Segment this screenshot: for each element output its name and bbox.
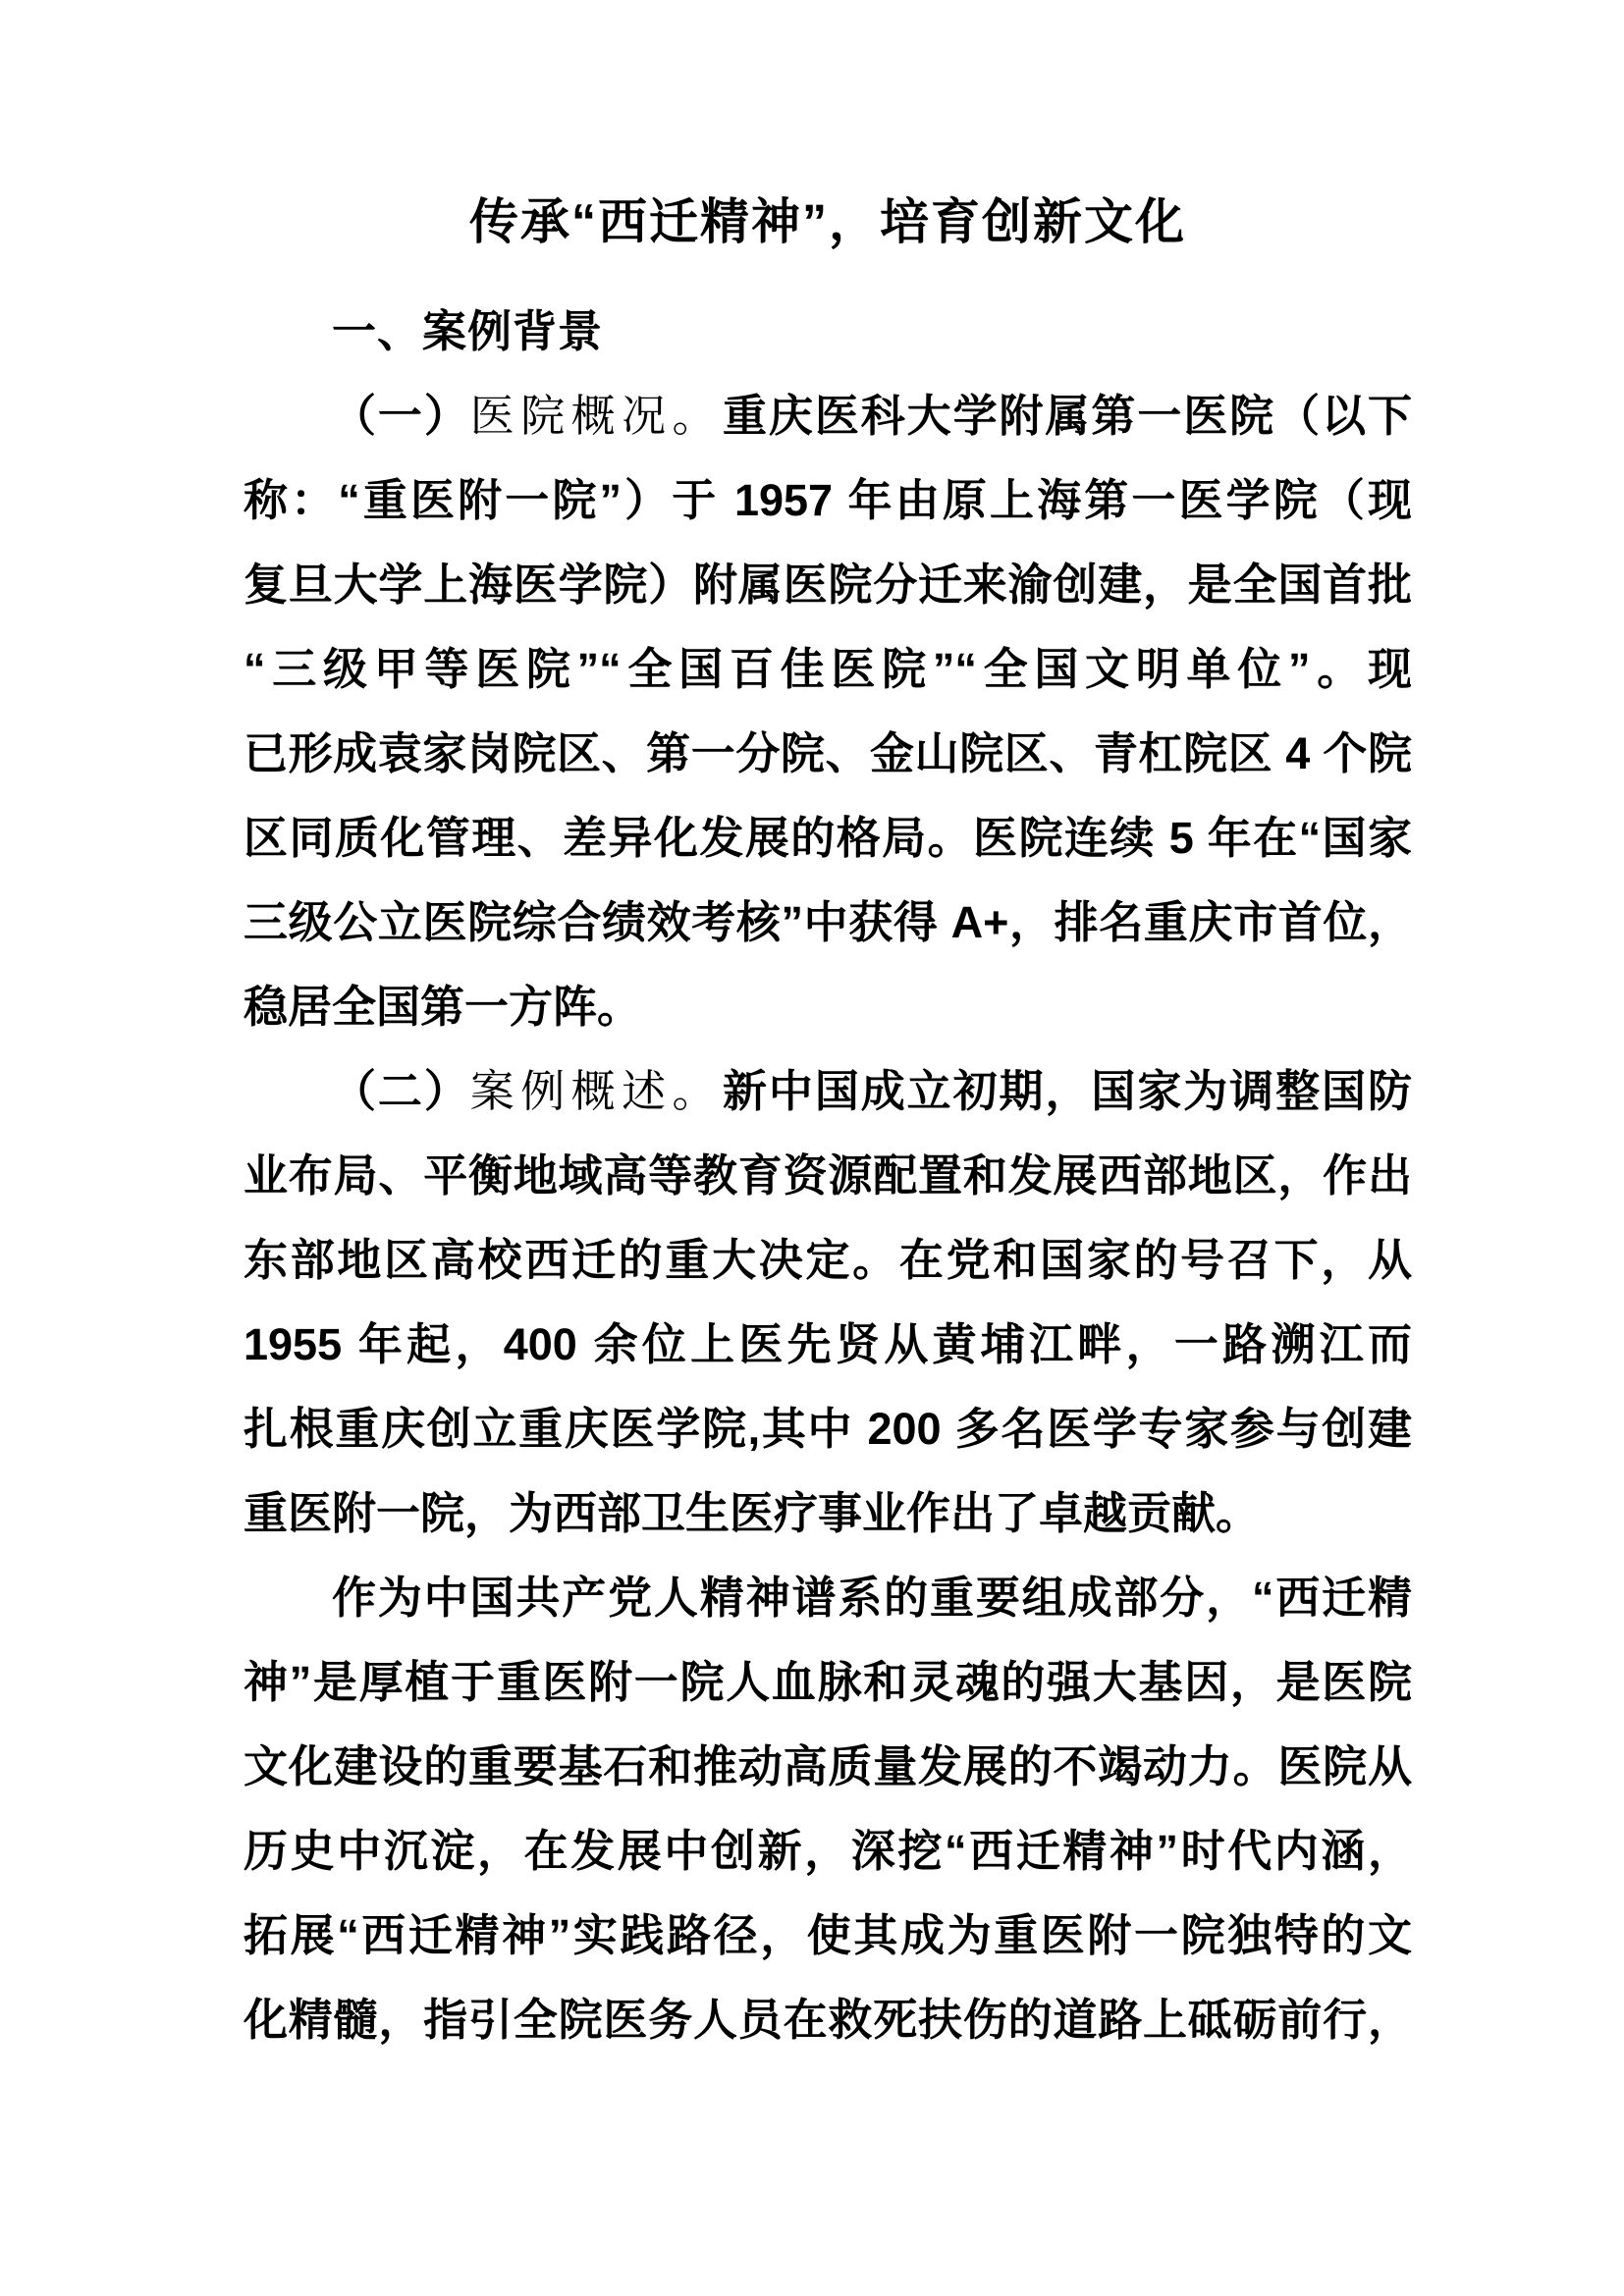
document-title: 传承“西迁精神”，培育创新文化 (244, 182, 1412, 262)
text-line: 已形成袁家岗院区、第一分院、金山院区、青杠院区 4 个院 (244, 712, 1412, 796)
text-segment: 复旦大学上海医学院）附属医院分迁来渝创建，是全国首批 (244, 560, 1412, 610)
text-line: 三级公立医院综合绩效考核”中获得 A+，排名重庆市首位， (244, 881, 1412, 965)
text-segment: 区同质化管理、差异化发展的格局。医院连续 5 年在“国家 (244, 813, 1412, 863)
text-line: “三级甲等医院”“全国百佳医院”“全国文明单位”。现 (244, 627, 1412, 712)
text-line: 1955 年起，400 余位上医先贤从黄埔江畔，一路溯江而上， (244, 1303, 1412, 1387)
text-segment: 作为中国共产党人精神谱系的重要组成部分，“西迁精 (332, 1573, 1412, 1623)
document-page: 传承“西迁精神”，培育创新文化 一、案例背景 （一）医院概况。重庆医科大学附属第… (0, 0, 1624, 2296)
text-line: 化精髓，指引全院医务人员在救死扶伤的道路上砥砺前行， (244, 1978, 1412, 2062)
text-segment: （一） (332, 391, 470, 441)
document-body: （一）医院概况。重庆医科大学附属第一医院（以下简称：“重医附一院”）于 1957… (244, 374, 1412, 2062)
text-segment: 三级公立医院综合绩效考核”中获得 A+，排名重庆市首位， (244, 897, 1412, 947)
text-line: 区同质化管理、差异化发展的格局。医院连续 5 年在“国家 (244, 796, 1412, 881)
text-line: （二）案例概述。新中国成立初期，国家为调整国防工 (244, 1049, 1412, 1134)
text-segment: 化精髓，指引全院医务人员在救死扶伤的道路上砥砺前行， (244, 1995, 1412, 2045)
text-segment: 重医附一院，为西部卫生医疗事业作出了卓越贡献。 (244, 1488, 1260, 1538)
text-segment: 文化建设的重要基石和推动高质量发展的不竭动力。医院从 (244, 1741, 1412, 1791)
text-line: 称：“重医附一院”）于 1957 年由原上海第一医学院（现 (244, 458, 1412, 543)
text-line: 业布局、平衡地域高等教育资源配置和发展西部地区，作出 (244, 1134, 1412, 1218)
text-segment: 1955 年起，400 余位上医先贤从黄埔江畔，一路溯江而上， (244, 1319, 1412, 1387)
text-line: 神”是厚植于重医附一院人血脉和灵魂的强大基因，是医院 (244, 1640, 1412, 1725)
section-heading: 一、案例背景 (244, 290, 1412, 374)
text-line: 作为中国共产党人精神谱系的重要组成部分，“西迁精 (244, 1556, 1412, 1640)
text-segment: “三级甲等医院”“全国百佳医院”“全国文明单位”。现 (244, 644, 1412, 694)
text-segment: 历史中沉淀，在发展中创新，深挖“西迁精神”时代内涵， (244, 1826, 1412, 1876)
text-segment: 已形成袁家岗院区、第一分院、金山院区、青杠院区 4 个院 (244, 728, 1412, 778)
text-line: 稳居全国第一方阵。 (244, 965, 1412, 1049)
text-line: 文化建设的重要基石和推动高质量发展的不竭动力。医院从 (244, 1725, 1412, 1809)
text-line: 扎根重庆创立重庆医学院,其中 200 多名医学专家参与创建 (244, 1387, 1412, 1471)
text-line: 重医附一院，为西部卫生医疗事业作出了卓越贡献。 (244, 1471, 1412, 1556)
text-segment: 稳居全国第一方阵。 (244, 982, 641, 1032)
text-segment: 拓展“西迁精神”实践路径，使其成为重医附一院独特的文 (244, 1910, 1412, 1960)
text-segment: 扎根重庆创立重庆医学院,其中 200 多名医学专家参与创建 (244, 1404, 1412, 1454)
text-line: （一）医院概况。重庆医科大学附属第一医院（以下简 (244, 374, 1412, 458)
document-content: 传承“西迁精神”，培育创新文化 一、案例背景 （一）医院概况。重庆医科大学附属第… (244, 182, 1412, 2062)
text-line: 东部地区高校西迁的重大决定。在党和国家的号召下，从 (244, 1218, 1412, 1303)
text-line: 历史中沉淀，在发展中创新，深挖“西迁精神”时代内涵， (244, 1809, 1412, 1894)
text-segment: 称：“重医附一院”）于 1957 年由原上海第一医学院（现 (244, 475, 1412, 525)
text-segment: 业布局、平衡地域高等教育资源配置和发展西部地区，作出 (244, 1150, 1412, 1201)
text-line: 复旦大学上海医学院）附属医院分迁来渝创建，是全国首批 (244, 543, 1412, 627)
text-segment: 东部地区高校西迁的重大决定。在党和国家的号召下，从 (244, 1235, 1412, 1285)
text-segment: 医院概况。 (470, 392, 723, 441)
text-segment: 神”是厚植于重医附一院人血脉和灵魂的强大基因，是医院 (244, 1657, 1412, 1707)
text-segment: （二） (332, 1066, 470, 1116)
text-line: 拓展“西迁精神”实践路径，使其成为重医附一院独特的文 (244, 1894, 1412, 1978)
text-segment: 案例概述。 (470, 1067, 723, 1116)
